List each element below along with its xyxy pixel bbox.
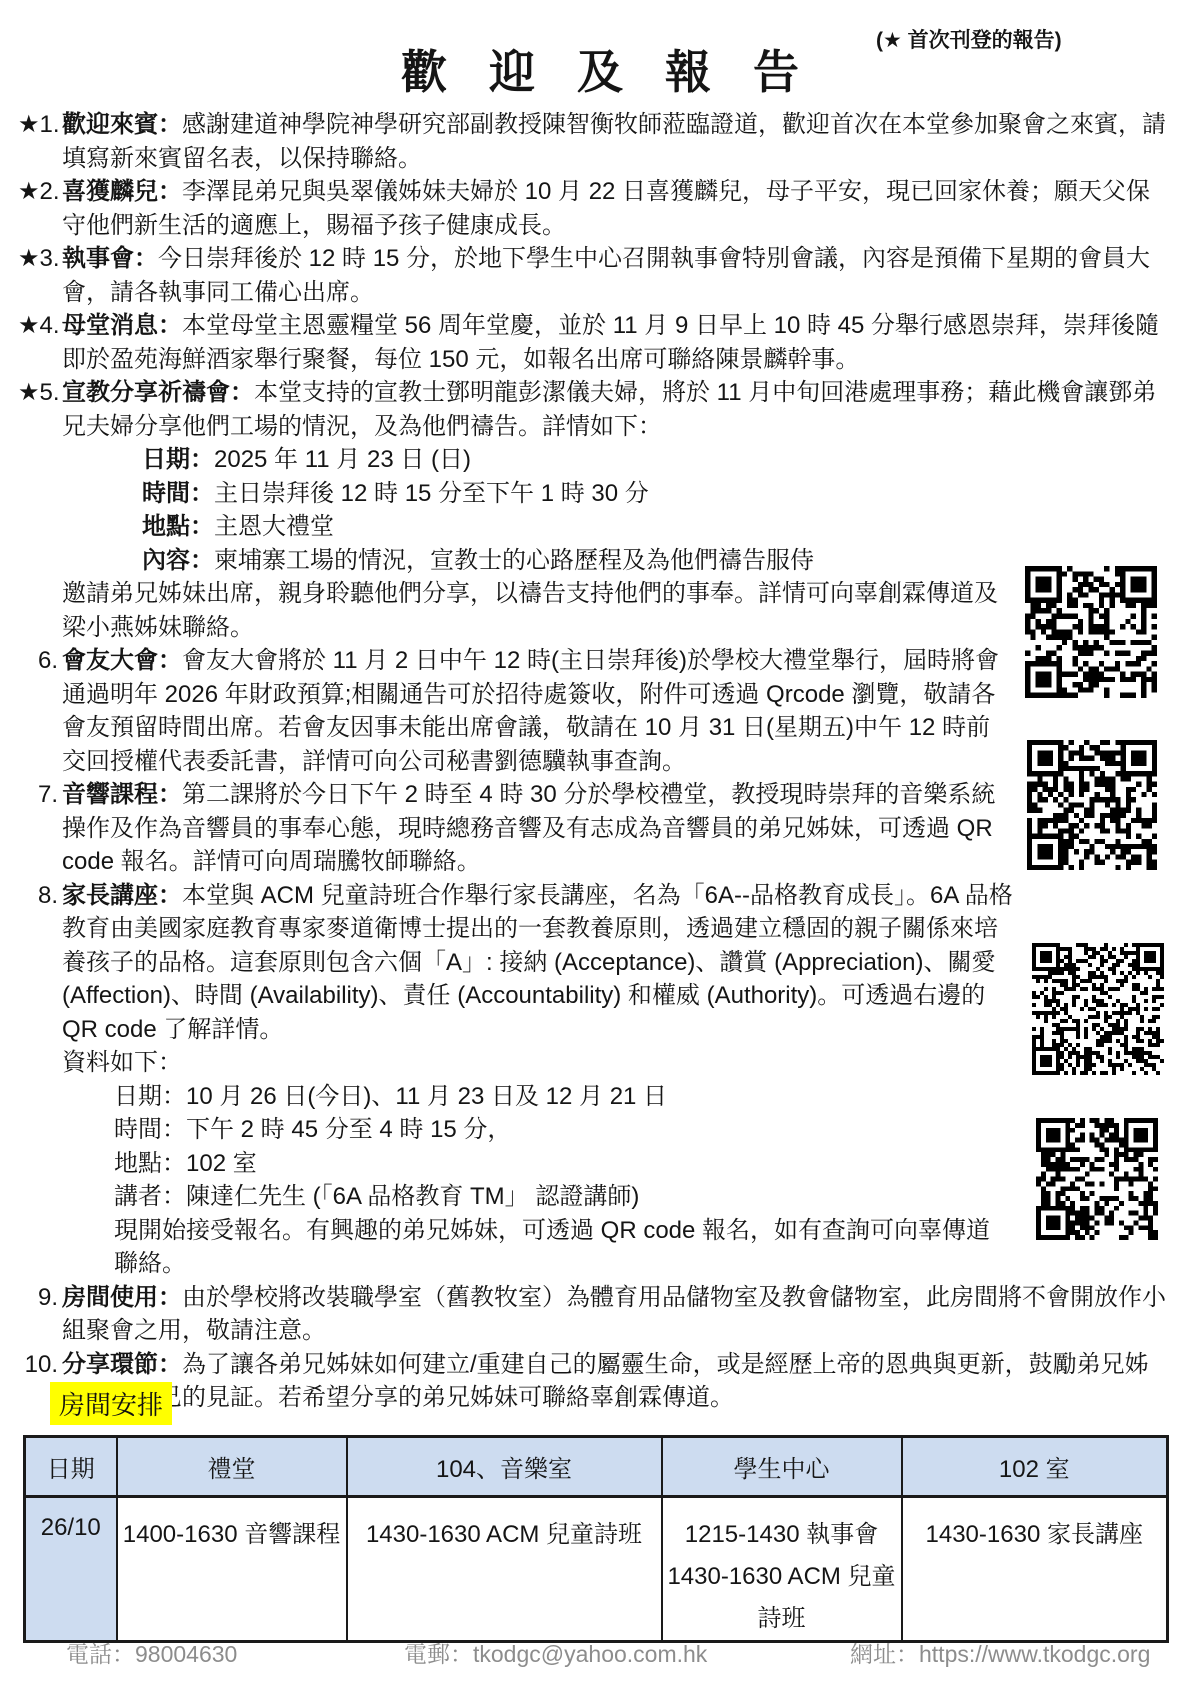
item-marker: ★2. <box>18 175 58 209</box>
cell-date: 26/10 <box>25 1497 117 1642</box>
item-label: 執事會： <box>62 245 158 272</box>
members-meeting-qr-code <box>1025 563 1157 701</box>
item-label: 喜獲麟兒： <box>62 178 182 205</box>
item-label: 分享環節： <box>62 1351 182 1378</box>
item-marker: ★1. <box>18 108 58 142</box>
item-body: 今日崇拜後於 12 時 15 分，於地下學生中心召開執事會特別會議，內容是預備下… <box>62 245 1150 306</box>
table-row: 26/10 1400-1630 音響課程 1430-1630 ACM 兒童詩班 … <box>25 1497 1168 1642</box>
item-note: 資料如下： <box>62 1046 1166 1080</box>
announcement-item: 7. 音響課程：第二課將於今日下午 2 時至 4 時 30 分於學校禮堂，教授現… <box>18 778 1166 879</box>
announcement-item: ★4.母堂消息：本堂母堂主恩靈糧堂 56 周年堂慶，並於 11 月 9 日早上 … <box>18 309 1166 376</box>
item-label: 音響課程： <box>62 781 182 808</box>
item-marker: ★4. <box>18 309 58 343</box>
announcement-item: ★5.宣教分享祈禱會：本堂支持的宣教士鄧明龍彭潔儀夫婦，將於 11 月中旬回港處… <box>18 376 1166 644</box>
table-header-row: 日期 禮堂 104、音樂室 學生中心 102 室 <box>25 1437 1168 1497</box>
col-header-room104: 104、音樂室 <box>347 1437 662 1497</box>
detail-row: 日期：2025 年 11 月 23 日 (日) <box>62 443 1166 477</box>
item-after-text: 邀請弟兄姊妹出席，親身聆聽他們分享，以禱告支持他們的事奉。詳情可向辜創霖傳道及梁… <box>62 577 1014 644</box>
item-body: 李澤昆弟兄與吳翠儀姊妹夫婦於 10 月 22 日喜獲麟兒，母子平安，現已回家休養… <box>62 178 1150 239</box>
detail-row: 地點：102 室 <box>62 1147 1166 1181</box>
footer-email: 電郵：tkodgc@yahoo.com.hk <box>404 1636 707 1669</box>
item-marker: 8. <box>18 879 58 913</box>
item-label: 歡迎來賓： <box>62 111 182 138</box>
announcement-item: ★2.喜獲麟兒：李澤昆弟兄與吳翠儀姊妹夫婦於 10 月 22 日喜獲麟兒，母子平… <box>18 175 1166 242</box>
detail-row: 日期：10 月 26 日(今日)、11 月 23 日及 12 月 21 日 <box>62 1080 1166 1114</box>
item-marker: 10. <box>18 1348 58 1382</box>
bulletin-page: 歡迎及報告 (★ 首次刊登的報告) ★1.歡迎來賓：感謝建道神學院神學研究部副教… <box>0 0 1200 1697</box>
cell-room104: 1430-1630 ACM 兒童詩班 <box>347 1497 662 1642</box>
cell-hall: 1400-1630 音響課程 <box>117 1497 347 1642</box>
item-label: 宣教分享祈禱會： <box>62 379 254 406</box>
detail-row: 時間：主日崇拜後 12 時 15 分至下午 1 時 30 分 <box>62 477 1166 511</box>
item-body: 本堂母堂主恩靈糧堂 56 周年堂慶，並於 11 月 9 日早上 10 時 45 … <box>62 312 1159 373</box>
announcement-list: ★1.歡迎來賓：感謝建道神學院神學研究部副教授陳智衡牧師蒞臨證道，歡迎首次在本堂… <box>0 100 1200 1415</box>
item-marker: ★3. <box>18 242 58 276</box>
announcement-item: 8. 家長講座：本堂與 ACM 兒童詩班合作舉行家長講座，名為「6A--品格教育… <box>18 879 1166 1281</box>
item-body: 感謝建道神學院神學研究部副教授陳智衡牧師蒞臨證道，歡迎首次在本堂參加聚會之來賓，… <box>62 111 1166 172</box>
title-note: (★ 首次刊登的報告) <box>876 24 1062 54</box>
col-header-hall: 禮堂 <box>117 1437 347 1497</box>
detail-row: 講者：陳達仁先生 (「6A 品格教育 TM」 認證講師) <box>62 1180 1166 1214</box>
announcement-item: ★1.歡迎來賓：感謝建道神學院神學研究部副教授陳智衡牧師蒞臨證道，歡迎首次在本堂… <box>18 108 1166 175</box>
cell-student-center: 1215-1430 執事會 1430-1630 ACM 兒童詩班 <box>662 1497 902 1642</box>
item-label: 母堂消息： <box>62 312 182 339</box>
announcement-item: 6. 會友大會：會友大會將於 11 月 2 日中午 12 時(主日崇拜後)於學校… <box>18 644 1166 778</box>
announcement-item: ★3.執事會：今日崇拜後於 12 時 15 分，於地下學生中心召開執事會特別會議… <box>18 242 1166 309</box>
item-label: 會友大會： <box>62 647 182 674</box>
item-marker: ★5. <box>18 376 58 410</box>
item-body: 由於學校將改裝職學室（舊教牧室）為體育用品儲物室及教會儲物室，此房間將不會開放作… <box>62 1284 1166 1345</box>
detail-row: 時間：下午 2 時 45 分至 4 時 15 分， <box>62 1113 1166 1147</box>
item-body: 會友大會將於 11 月 2 日中午 12 時(主日崇拜後)於學校大禮堂舉行，屆時… <box>62 647 999 775</box>
col-header-room102: 102 室 <box>902 1437 1168 1497</box>
footer-phone: 電話：98004630 <box>66 1636 237 1669</box>
audio-course-qr-code <box>1027 739 1157 871</box>
item-marker: 6. <box>18 644 58 678</box>
detail-row: 內容：柬埔寨工場的情況，宣教士的心路歷程及為他們禱告服侍 <box>62 544 1166 578</box>
item-body: 為了讓各弟兄姊妹如何建立/重建自己的屬靈生命，或是經歷上帝的恩典與更新，鼓勵弟兄… <box>62 1351 1149 1412</box>
item-marker: 9. <box>18 1281 58 1315</box>
announcement-item: 10.分享環節：為了讓各弟兄姊妹如何建立/重建自己的屬靈生命，或是經歷上帝的恩典… <box>18 1348 1166 1415</box>
col-header-student-center: 學生中心 <box>662 1437 902 1497</box>
room-schedule-label: 房間安排 <box>50 1382 172 1425</box>
title-row: 歡迎及報告 (★ 首次刊登的報告) <box>0 0 1200 100</box>
item-body: 本堂與 ACM 兒童詩班合作舉行家長講座，名為「6A--品格教育成長」。6A 品… <box>62 882 1013 1043</box>
footer-website: 網址：https://www.tkodgc.org <box>850 1636 1150 1669</box>
item-after-text: 現開始接受報名。有興趣的弟兄姊妹，可透過 QR code 報名，如有查詢可向辜傳… <box>62 1214 1014 1281</box>
col-header-date: 日期 <box>25 1437 117 1497</box>
detail-row: 地點：主恩大禮堂 <box>62 510 1166 544</box>
item-body: 第二課將於今日下午 2 時至 4 時 30 分於學校禮堂，教授現時崇拜的音樂系統… <box>62 781 995 875</box>
item-marker: 7. <box>18 778 58 812</box>
item-label: 家長講座： <box>62 882 182 909</box>
parent-seminar-signup-qr-code <box>1036 1117 1158 1241</box>
room-schedule-table: 日期 禮堂 104、音樂室 學生中心 102 室 26/10 1400-1630… <box>23 1435 1169 1643</box>
cell-room102: 1430-1630 家長講座 <box>902 1497 1168 1642</box>
item-label: 房間使用： <box>62 1284 182 1311</box>
announcement-item: 9.房間使用：由於學校將改裝職學室（舊教牧室）為體育用品儲物室及教會儲物室，此房… <box>18 1281 1166 1348</box>
parent-seminar-info-qr-code <box>1031 943 1165 1075</box>
